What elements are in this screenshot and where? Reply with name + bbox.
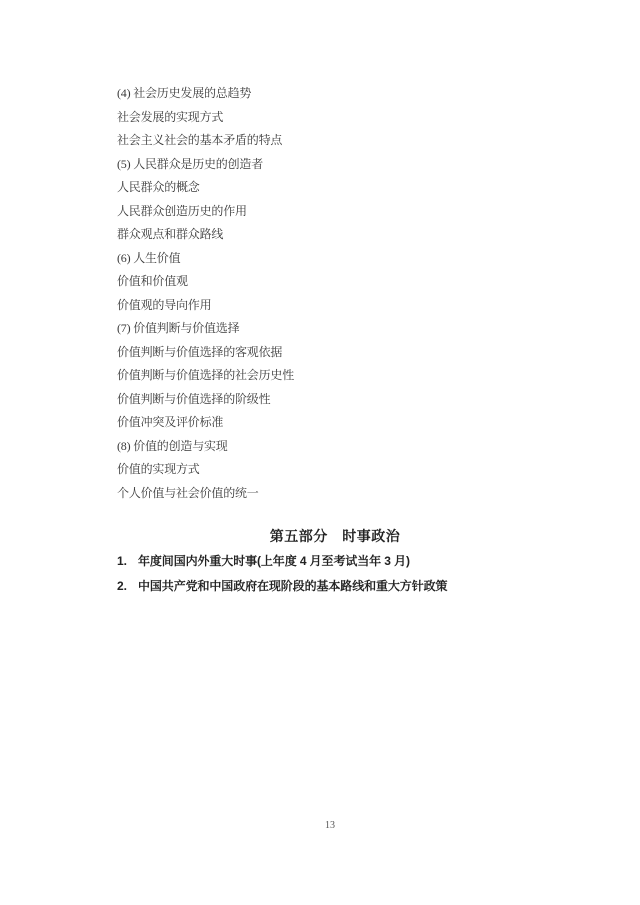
item-number: 2. (117, 574, 138, 599)
section-heading: 第五部分 时事政治 (117, 526, 553, 546)
page-number: 13 (117, 819, 543, 833)
item-number: 1. (117, 549, 138, 574)
item-text: 年度间国内外重大时事(上年度 4 月至考试当年 3 月) (138, 554, 410, 568)
toc-line: 价值和价值观 (117, 270, 557, 294)
toc-line: 价值的实现方式 (117, 458, 557, 482)
toc-line: 社会主义社会的基本矛盾的特点 (117, 129, 557, 153)
toc-line: 价值判断与价值选择的客观依据 (117, 341, 557, 365)
section-item: 2.中国共产党和中国政府在现阶段的基本路线和重大方针政策 (117, 574, 577, 599)
topic-outline-list: (4) 社会历史发展的总趋势 社会发展的实现方式 社会主义社会的基本矛盾的特点 … (117, 82, 557, 505)
toc-line: (6) 人生价值 (117, 247, 557, 271)
toc-line: 个人价值与社会价值的统一 (117, 482, 557, 506)
toc-line: 社会发展的实现方式 (117, 106, 557, 130)
toc-line: (4) 社会历史发展的总趋势 (117, 82, 557, 106)
toc-line: (7) 价值判断与价值选择 (117, 317, 557, 341)
section-item-list: 1.年度间国内外重大时事(上年度 4 月至考试当年 3 月) 2.中国共产党和中… (117, 549, 577, 599)
toc-line: (5) 人民群众是历史的创造者 (117, 153, 557, 177)
toc-line: 人民群众创造历史的作用 (117, 200, 557, 224)
document-page: (4) 社会历史发展的总趋势 社会发展的实现方式 社会主义社会的基本矛盾的特点 … (0, 0, 640, 905)
item-text: 中国共产党和中国政府在现阶段的基本路线和重大方针政策 (138, 579, 447, 593)
toc-line: 价值冲突及评价标准 (117, 411, 557, 435)
toc-line: 群众观点和群众路线 (117, 223, 557, 247)
toc-line: (8) 价值的创造与实现 (117, 435, 557, 459)
toc-line: 人民群众的概念 (117, 176, 557, 200)
toc-line: 价值判断与价值选择的社会历史性 (117, 364, 557, 388)
toc-line: 价值判断与价值选择的阶级性 (117, 388, 557, 412)
section-item: 1.年度间国内外重大时事(上年度 4 月至考试当年 3 月) (117, 549, 577, 574)
toc-line: 价值观的导向作用 (117, 294, 557, 318)
